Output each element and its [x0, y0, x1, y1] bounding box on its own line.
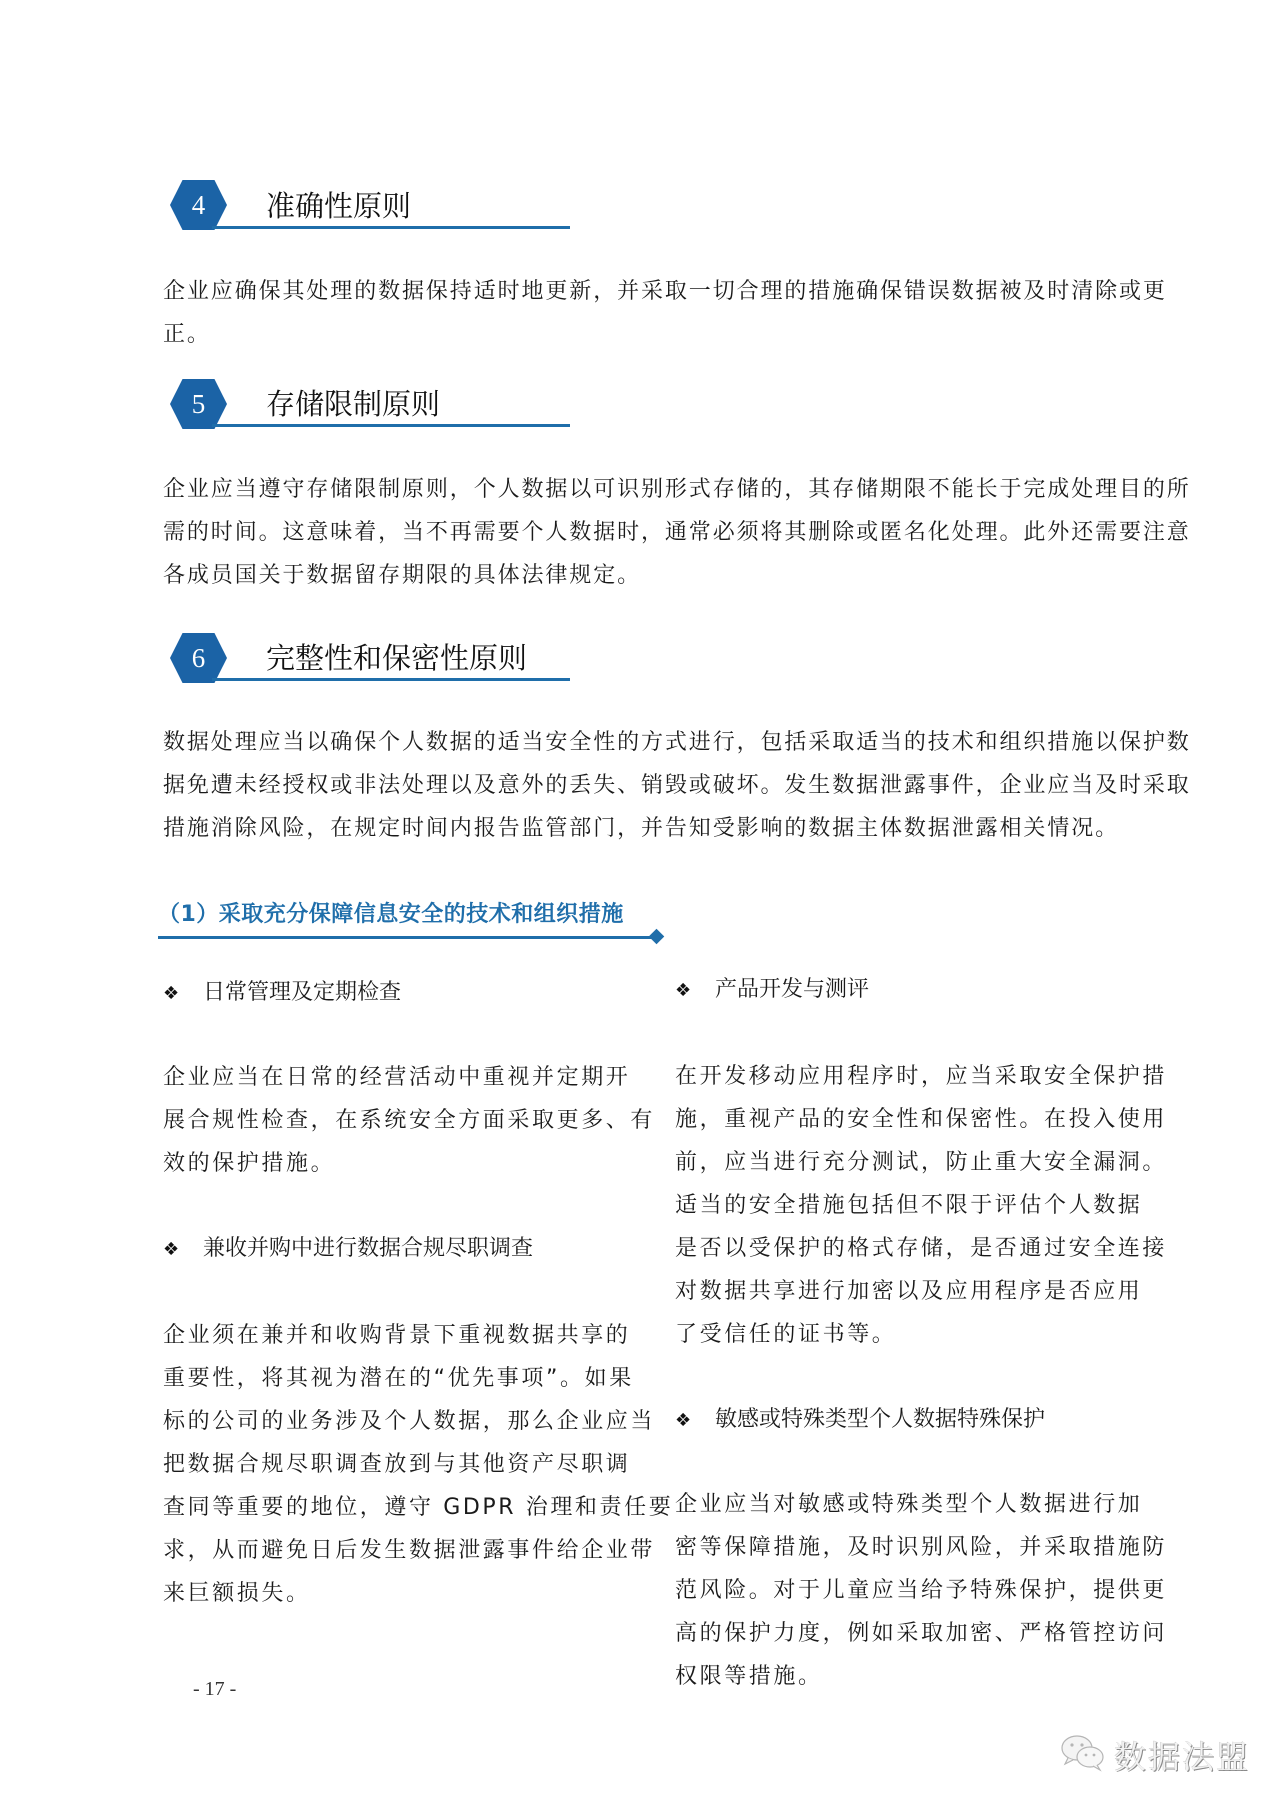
- section-title-underline: [212, 226, 570, 229]
- body-line: 数据处理应当以确保个人数据的适当安全性的方式进行，包括采取适当的技术和组织措施以…: [163, 721, 1191, 764]
- body-line: 展合规性检查，在系统安全方面采取更多、有: [163, 1099, 655, 1142]
- bullet-diamond-icon: ❖: [675, 1406, 715, 1436]
- body-line: 求，从而避免日后发生数据泄露事件给企业带: [163, 1529, 673, 1572]
- body-line: 需的时间。这意味着，当不再需要个人数据时，通常必须将其删除或匿名化处理。此外还需…: [163, 511, 1191, 554]
- body-line: 对数据共享进行加密以及应用程序是否应用: [675, 1270, 1167, 1313]
- body-line: 据免遭未经授权或非法处理以及意外的丢失、销毁或破坏。发生数据泄露事件，企业应当及…: [163, 764, 1191, 807]
- body-line: 查同等重要的地位，遵守 GDPR 治理和责任要: [163, 1486, 673, 1529]
- bullet-diamond-icon: ❖: [163, 979, 203, 1009]
- section-title: 存储限制原则: [266, 386, 440, 422]
- body-line: 效的保护措施。: [163, 1142, 655, 1185]
- body-line: 来巨额损失。: [163, 1572, 673, 1615]
- body-line: 措施消除风险，在规定时间内报告监管部门，并告知受影响的数据主体数据泄露相关情况。: [163, 807, 1191, 850]
- section-title-underline: [212, 424, 570, 427]
- bullet-heading-text: 敏感或特殊类型个人数据特殊保护: [715, 1407, 1045, 1432]
- body-line: 高的保护力度，例如采取加密、严格管控访问: [675, 1612, 1167, 1655]
- bullet-heading: ❖敏感或特殊类型个人数据特殊保护: [675, 1405, 1045, 1436]
- body-line: 重要性，将其视为潜在的“优先事项”。如果: [163, 1357, 673, 1400]
- bullet-body: 在开发移动应用程序时，应当采取安全保护措 施，重视产品的安全性和保密性。在投入使…: [675, 1055, 1167, 1356]
- bullet-heading-text: 日常管理及定期检查: [203, 980, 401, 1005]
- watermark-text: 数据法盟: [1114, 1732, 1250, 1778]
- watermark: 数据法盟: [1060, 1730, 1250, 1780]
- body-line: 密等保障措施，及时识别风险，并采取措施防: [675, 1526, 1167, 1569]
- section-body: 企业应确保其处理的数据保持适时地更新，并采取一切合理的措施确保错误数据被及时清除…: [163, 270, 1167, 356]
- section-number-badge: 5: [170, 379, 227, 429]
- bullet-heading-text: 兼收并购中进行数据合规尽职调查: [203, 1236, 533, 1261]
- body-line: 前，应当进行充分测试，防止重大安全漏洞。: [675, 1141, 1167, 1184]
- body-line: 企业须在兼并和收购背景下重视数据共享的: [163, 1314, 673, 1357]
- section-number-badge: 6: [170, 633, 227, 683]
- body-line: 企业应当对敏感或特殊类型个人数据进行加: [675, 1483, 1167, 1526]
- body-line: 了受信任的证书等。: [675, 1313, 1167, 1356]
- section-title: 完整性和保密性原则: [266, 640, 527, 676]
- subsection-underline: [158, 936, 655, 939]
- body-line: 标的公司的业务涉及个人数据，那么企业应当: [163, 1400, 673, 1443]
- bullet-heading: ❖产品开发与测评: [675, 975, 869, 1006]
- bullet-diamond-icon: ❖: [675, 976, 715, 1006]
- section-body: 数据处理应当以确保个人数据的适当安全性的方式进行，包括采取适当的技术和组织措施以…: [163, 721, 1191, 850]
- body-line: 施，重视产品的安全性和保密性。在投入使用: [675, 1098, 1167, 1141]
- body-line: 把数据合规尽职调查放到与其他资产尽职调: [163, 1443, 673, 1486]
- body-line: 各成员国关于数据留存期限的具体法律规定。: [163, 554, 1191, 597]
- bullet-heading: ❖日常管理及定期检查: [163, 978, 401, 1009]
- bullet-body: 企业应当在日常的经营活动中重视并定期开 展合规性检查，在系统安全方面采取更多、有…: [163, 1056, 655, 1185]
- bullet-diamond-icon: ❖: [163, 1235, 203, 1265]
- bullet-heading-text: 产品开发与测评: [715, 977, 869, 1002]
- section-title: 准确性原则: [266, 188, 411, 224]
- page-number: - 17 -: [193, 1678, 236, 1701]
- bullet-body: 企业须在兼并和收购背景下重视数据共享的 重要性，将其视为潜在的“优先事项”。如果…: [163, 1314, 673, 1615]
- wechat-icon: [1060, 1733, 1106, 1777]
- bullet-heading: ❖兼收并购中进行数据合规尽职调查: [163, 1234, 533, 1265]
- body-line: 正。: [163, 313, 1167, 356]
- bullet-body: 企业应当对敏感或特殊类型个人数据进行加 密等保障措施，及时识别风险，并采取措施防…: [675, 1483, 1167, 1698]
- section-body: 企业应当遵守存储限制原则，个人数据以可识别形式存储的，其存储期限不能长于完成处理…: [163, 468, 1191, 597]
- body-line: 范风险。对于儿童应当给予特殊保护，提供更: [675, 1569, 1167, 1612]
- body-line: 企业应确保其处理的数据保持适时地更新，并采取一切合理的措施确保错误数据被及时清除…: [163, 270, 1167, 313]
- body-line: 是否以受保护的格式存储，是否通过安全连接: [675, 1227, 1167, 1270]
- body-line: 权限等措施。: [675, 1655, 1167, 1698]
- body-line: 企业应当在日常的经营活动中重视并定期开: [163, 1056, 655, 1099]
- body-line: 适当的安全措施包括但不限于评估个人数据: [675, 1184, 1167, 1227]
- section-title-underline: [212, 678, 570, 681]
- section-number-badge: 4: [170, 180, 227, 230]
- body-line: 企业应当遵守存储限制原则，个人数据以可识别形式存储的，其存储期限不能长于完成处理…: [163, 468, 1191, 511]
- body-line: 在开发移动应用程序时，应当采取安全保护措: [675, 1055, 1167, 1098]
- subsection-title: （1）采取充分保障信息安全的技术和组织措施: [158, 897, 624, 928]
- diamond-icon: [649, 929, 665, 945]
